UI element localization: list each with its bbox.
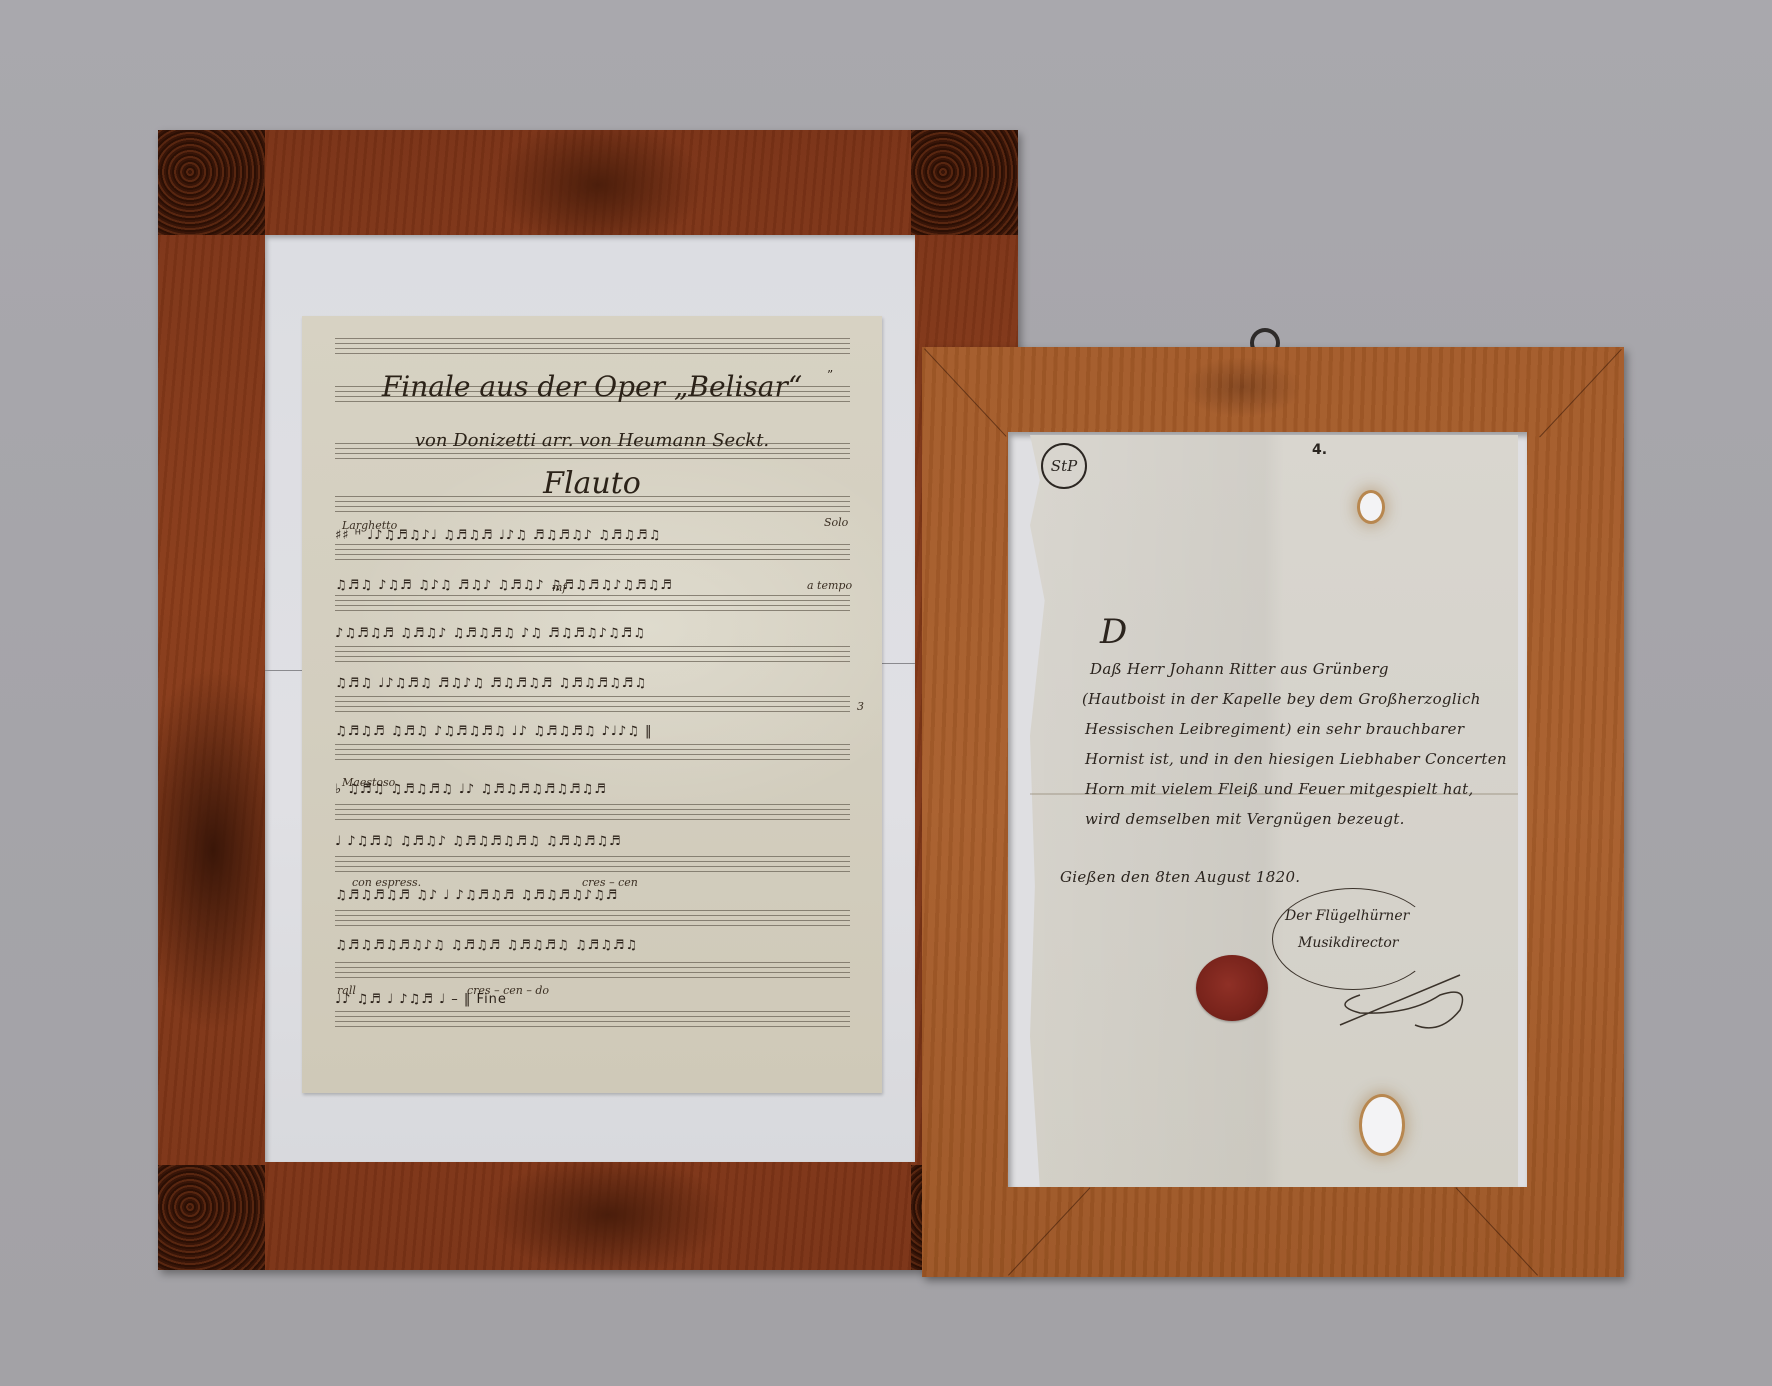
frame-miter — [1455, 1187, 1538, 1275]
paper-hole — [1360, 493, 1382, 521]
place-date: Gießen den 8ten August 1820. — [1060, 868, 1300, 886]
measure-number: 3 — [857, 700, 864, 713]
mat-crease — [882, 663, 915, 664]
signature-line: Der Flügelhürner — [1285, 908, 1409, 924]
letter-line: wird demselben mit Vergnügen bezeugt. — [1085, 810, 1405, 828]
staff — [335, 962, 850, 982]
score-title: Finale aus der Oper „Belisar“ — [302, 370, 882, 403]
staff — [335, 696, 850, 716]
staff — [335, 910, 850, 930]
letter-line: Hornist ist, und in den hiesigen Liebhab… — [1085, 750, 1507, 768]
collection-stamp: StP — [1041, 443, 1087, 489]
frame-corner-top-right — [911, 130, 1018, 235]
staff — [335, 338, 850, 358]
frame-miter — [1008, 1187, 1091, 1275]
staff — [335, 544, 850, 564]
frame-miter — [924, 348, 1007, 436]
score-subtitle: von Donizetti arr. von Heumann Seckt. — [302, 430, 882, 451]
wax-seal — [1196, 955, 1268, 1021]
staff — [335, 804, 850, 824]
staff — [335, 646, 850, 666]
folio-number: 4. — [1312, 442, 1327, 458]
signature-line: Musikdirector — [1298, 935, 1399, 951]
letter-line: Hessischen Leibregiment) ein sehr brauch… — [1085, 720, 1464, 738]
letter-initial: D — [1100, 612, 1128, 652]
music-score-sheet: Finale aus der Oper „Belisar“ ” von Doni… — [302, 316, 882, 1093]
frame-corner-top-left — [158, 130, 265, 235]
staff — [335, 595, 850, 615]
instrument-name: Flauto — [302, 466, 922, 501]
signature-paraph — [1320, 955, 1480, 1035]
paper-hole — [1362, 1097, 1402, 1153]
staff — [335, 856, 850, 876]
letter-line: Daß Herr Johann Ritter aus Grünberg — [1090, 660, 1389, 678]
page-mark: ” — [827, 368, 833, 382]
mat-crease — [265, 670, 305, 671]
frame-corner-bottom-left — [158, 1165, 265, 1270]
letter-line: Horn mit vielem Fleiß und Feuer mitgespi… — [1085, 780, 1474, 798]
letter-line: (Hautboist in der Kapelle bey dem Großhe… — [1082, 690, 1481, 708]
staff — [335, 1011, 850, 1031]
staff — [335, 744, 850, 764]
frame-miter — [1539, 349, 1622, 437]
